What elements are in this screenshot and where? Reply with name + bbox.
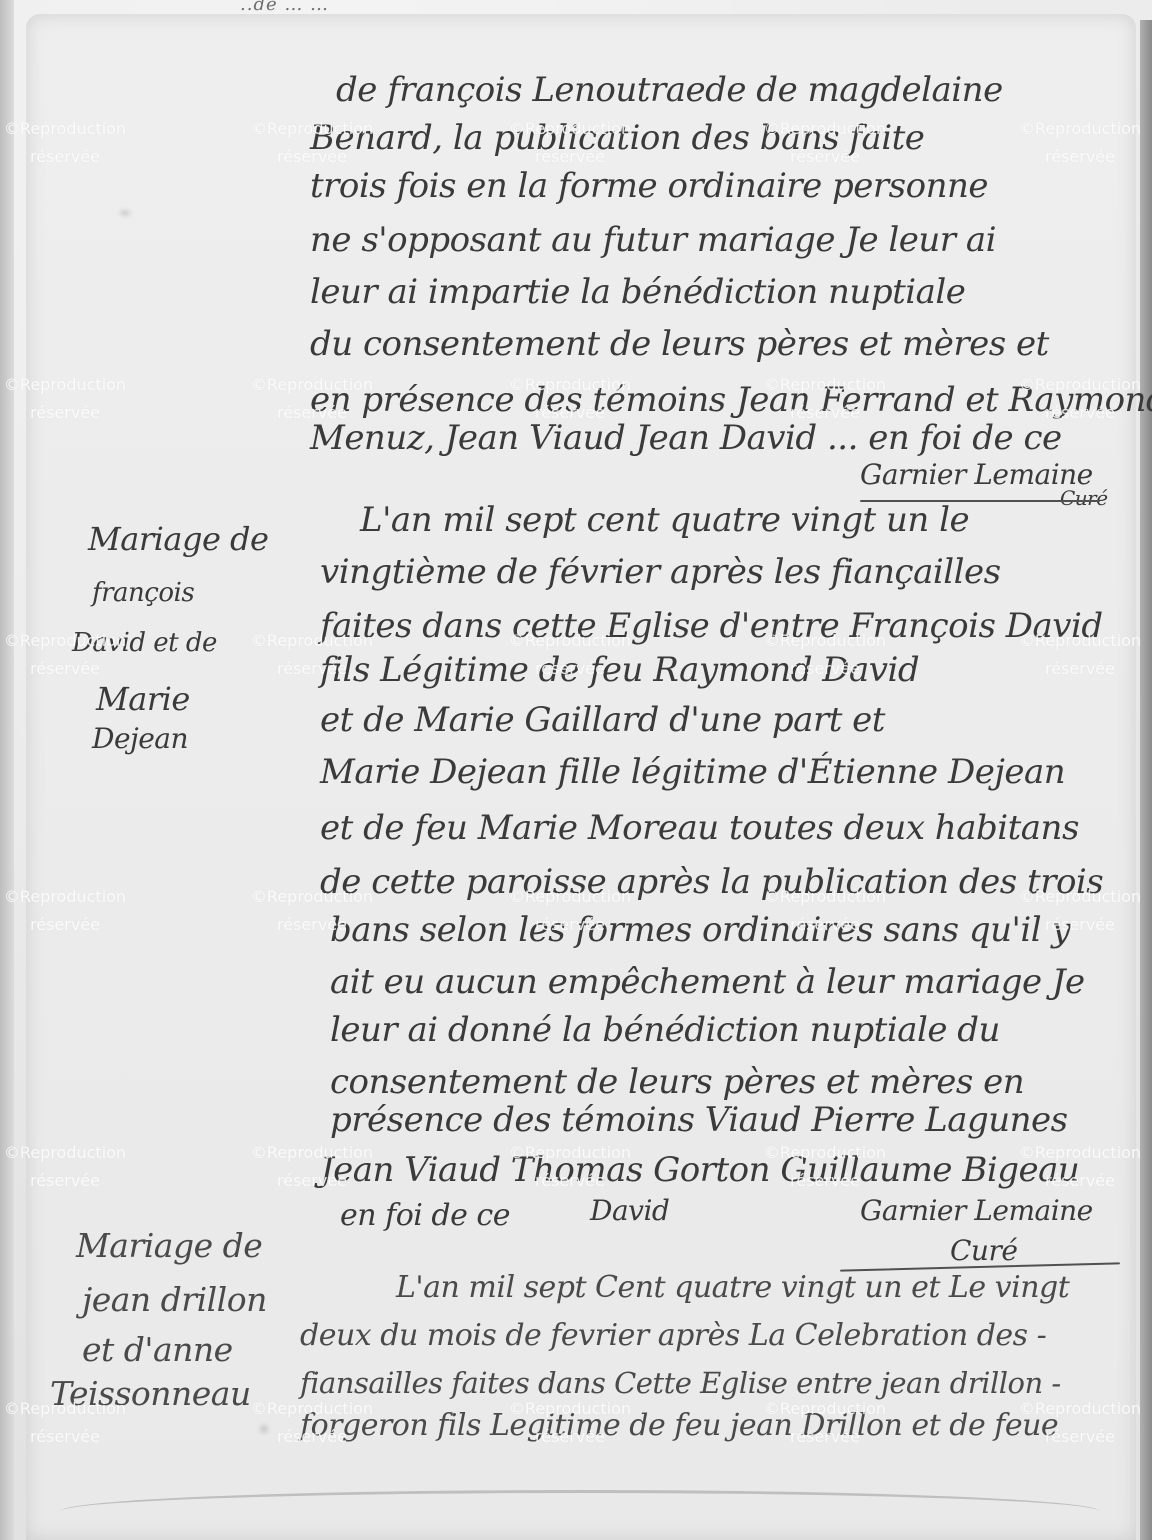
text-line: leur ai donné la bénédiction nuptiale du	[330, 1010, 1000, 1050]
watermark-line: réservée	[790, 1171, 860, 1190]
watermark-line: réservée	[277, 659, 347, 678]
watermark-line: réservée	[1045, 147, 1115, 166]
watermark: ©Reproductionréservée	[470, 1139, 670, 1195]
watermark-line: ©Reproduction	[1019, 887, 1141, 906]
watermark: ©Reproductionréservée	[212, 627, 412, 683]
watermark-line: réservée	[30, 403, 100, 422]
watermark-line: ©Reproduction	[509, 1399, 631, 1418]
watermark: ©Reproductionréservée	[0, 1395, 165, 1451]
watermark-line: réservée	[535, 147, 605, 166]
watermark: ©Reproductionréservée	[0, 371, 165, 427]
watermark: ©Reproductionréservée	[470, 627, 670, 683]
watermark: ©Reproductionréservée	[470, 883, 670, 939]
watermark-line: ©Reproduction	[764, 375, 886, 394]
watermark-line: réservée	[1045, 1171, 1115, 1190]
watermark: ©Reproductionréservée	[980, 1395, 1152, 1451]
text-line: Menuz, Jean Viaud Jean David ... en foi …	[310, 418, 1062, 458]
watermark-line: ©Reproduction	[4, 1399, 126, 1418]
priest-title: Curé	[1060, 486, 1108, 510]
watermark: ©Reproductionréservée	[0, 883, 165, 939]
watermark: ©Reproductionréservée	[212, 883, 412, 939]
watermark-line: réservée	[30, 915, 100, 934]
watermark-line: ©Reproduction	[1019, 375, 1141, 394]
ink-spot	[120, 210, 130, 216]
watermark-line: réservée	[30, 659, 100, 678]
watermark: ©Reproductionréservée	[980, 371, 1152, 427]
watermark-line: réservée	[1045, 403, 1115, 422]
watermark: ©Reproductionréservée	[980, 883, 1152, 939]
text-line: en foi de ce	[340, 1198, 510, 1233]
watermark-line: réservée	[277, 147, 347, 166]
watermark-line: ©Reproduction	[4, 631, 126, 650]
margin-note-line: Marie	[96, 680, 190, 718]
text-line: bans selon les formes ordinaires sans qu…	[330, 910, 1070, 950]
watermark: ©Reproductionréservée	[725, 627, 925, 683]
watermark-line: ©Reproduction	[251, 119, 373, 138]
text-line: forgeron fils Legitime de feu jean Drill…	[300, 1408, 1058, 1443]
watermark-line: réservée	[790, 1427, 860, 1446]
text-line: deux du mois de fevrier après La Celebra…	[300, 1318, 1046, 1353]
page-edge-shadow	[1140, 20, 1152, 1540]
watermark-line: réservée	[535, 659, 605, 678]
watermark: ©Reproductionréservée	[0, 1139, 165, 1195]
watermark: ©Reproductionréservée	[212, 115, 412, 171]
text-line: fiansailles faites dans Cette Eglise ent…	[300, 1366, 1061, 1400]
watermark-line: ©Reproduction	[1019, 119, 1141, 138]
watermark-line: réservée	[535, 403, 605, 422]
watermark: ©Reproductionréservée	[980, 627, 1152, 683]
scanned-page: ..de … … de françois Lenoutraede de magd…	[0, 0, 1152, 1540]
watermark-line: ©Reproduction	[251, 1143, 373, 1162]
watermark-line: ©Reproduction	[509, 1143, 631, 1162]
watermark-line: ©Reproduction	[251, 887, 373, 906]
watermark-line: réservée	[277, 403, 347, 422]
binding-edge	[0, 0, 14, 1540]
watermark-line: ©Reproduction	[251, 375, 373, 394]
watermark-line: ©Reproduction	[764, 1143, 886, 1162]
margin-note-line: Dejean	[92, 722, 188, 755]
margin-note-line: Mariage de	[76, 1226, 262, 1265]
watermark-line: ©Reproduction	[764, 631, 886, 650]
watermark: ©Reproductionréservée	[470, 1395, 670, 1451]
watermark: ©Reproductionréservée	[212, 1139, 412, 1195]
top-cut-text: ..de … …	[240, 0, 1140, 14]
watermark: ©Reproductionréservée	[470, 115, 670, 171]
watermark-line: réservée	[790, 147, 860, 166]
text-line: consentement de leurs pères et mères en	[330, 1062, 1024, 1102]
priest-signature: Garnier Lemaine	[860, 1194, 1093, 1227]
watermark: ©Reproductionréservée	[725, 1395, 925, 1451]
text-line: L'an mil sept cent quatre vingt un le	[360, 500, 969, 540]
text-line: Jean Viaud Thomas Gorton Guillaume Bigea…	[320, 1150, 1079, 1190]
text-line: du consentement de leurs pères et mères …	[310, 324, 1049, 364]
watermark-line: ©Reproduction	[1019, 1143, 1141, 1162]
watermark-line: réservée	[535, 915, 605, 934]
watermark-line: réservée	[30, 1171, 100, 1190]
margin-note-line: Mariage de	[88, 520, 268, 558]
watermark-line: ©Reproduction	[764, 1399, 886, 1418]
watermark: ©Reproductionréservée	[725, 883, 925, 939]
watermark-line: ©Reproduction	[4, 119, 126, 138]
watermark-line: ©Reproduction	[251, 1399, 373, 1418]
watermark: ©Reproductionréservée	[212, 1395, 412, 1451]
text-line: vingtième de février après les fiançaill…	[320, 552, 1001, 592]
watermark: ©Reproductionréservée	[980, 1139, 1152, 1195]
watermark-line: réservée	[277, 1427, 347, 1446]
watermark-line: ©Reproduction	[4, 887, 126, 906]
watermark-line: réservée	[535, 1171, 605, 1190]
watermark-line: réservée	[535, 1427, 605, 1446]
watermark-line: réservée	[790, 915, 860, 934]
watermark-line: réservée	[1045, 915, 1115, 934]
margin-note-line: françois	[92, 578, 194, 608]
watermark-line: ©Reproduction	[509, 887, 631, 906]
watermark-line: ©Reproduction	[251, 631, 373, 650]
text-line: et de Marie Gaillard d'une part et	[320, 700, 885, 740]
margin-note-line: jean drillon	[82, 1280, 267, 1319]
watermark: ©Reproductionréservée	[470, 371, 670, 427]
priest-signature: Garnier Lemaine	[860, 458, 1093, 491]
margin-note-line: et d'anne	[82, 1330, 233, 1369]
text-line: et de feu Marie Moreau toutes deux habit…	[320, 808, 1079, 848]
watermark-line: ©Reproduction	[1019, 631, 1141, 650]
priest-title: Curé	[950, 1234, 1017, 1267]
watermark-line: réservée	[277, 1171, 347, 1190]
watermark: ©Reproductionréservée	[212, 371, 412, 427]
watermark-line: ©Reproduction	[764, 887, 886, 906]
watermark-line: ©Reproduction	[509, 119, 631, 138]
watermark: ©Reproductionréservée	[0, 115, 165, 171]
watermark: ©Reproductionréservée	[0, 627, 165, 683]
watermark-line: ©Reproduction	[764, 119, 886, 138]
watermark-line: ©Reproduction	[509, 375, 631, 394]
text-line: Marie Dejean fille légitime d'Étienne De…	[320, 752, 1065, 792]
watermark-line: réservée	[277, 915, 347, 934]
watermark-line: réservée	[30, 1427, 100, 1446]
text-line: trois fois en la forme ordinaire personn…	[310, 166, 988, 206]
groom-signature: David	[590, 1194, 669, 1227]
watermark-line: ©Reproduction	[509, 631, 631, 650]
watermark-line: ©Reproduction	[1019, 1399, 1141, 1418]
watermark: ©Reproductionréservée	[980, 115, 1152, 171]
watermark-line: réservée	[30, 147, 100, 166]
watermark-line: réservée	[1045, 1427, 1115, 1446]
watermark: ©Reproductionréservée	[725, 115, 925, 171]
text-line: de françois Lenoutraede de magdelaine	[336, 70, 1003, 110]
text-line: leur ai impartie la bénédiction nuptiale	[310, 272, 965, 312]
watermark-line: réservée	[790, 403, 860, 422]
paper-damage	[60, 1490, 1100, 1533]
watermark: ©Reproductionréservée	[725, 371, 925, 427]
watermark-line: ©Reproduction	[4, 1143, 126, 1162]
text-line: ait eu aucun empêchement à leur mariage …	[330, 962, 1085, 1002]
watermark: ©Reproductionréservée	[725, 1139, 925, 1195]
text-line: présence des témoins Viaud Pierre Lagune…	[330, 1100, 1068, 1140]
watermark-line: ©Reproduction	[4, 375, 126, 394]
text-line: ne s'opposant au futur mariage Je leur a…	[310, 220, 996, 260]
watermark-line: réservée	[790, 659, 860, 678]
text-line: L'an mil sept Cent quatre vingt un et Le…	[396, 1270, 1069, 1305]
watermark-line: réservée	[1045, 659, 1115, 678]
